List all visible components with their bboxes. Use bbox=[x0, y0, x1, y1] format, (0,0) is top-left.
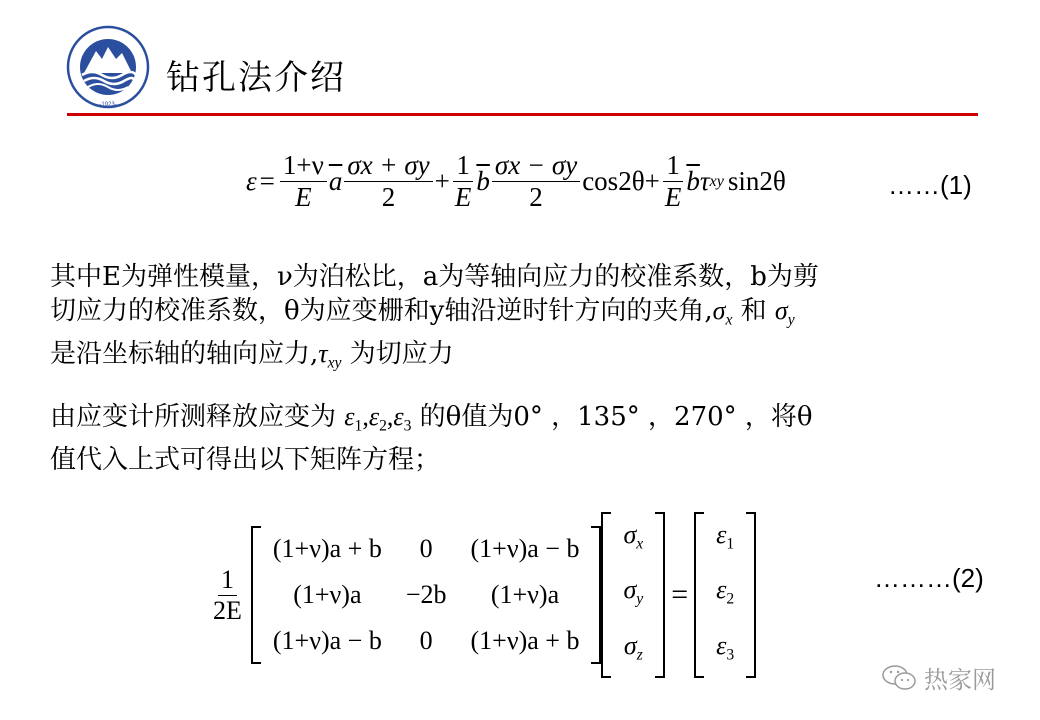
epsilon: ε bbox=[716, 520, 726, 549]
sub: y bbox=[788, 311, 795, 328]
text: 的θ值为0° ，135° ，270° ，将θ bbox=[411, 402, 812, 432]
frac-den: E bbox=[292, 182, 315, 213]
vector-cell: ε2 bbox=[704, 567, 746, 622]
eq1-coef-a: a bbox=[329, 166, 343, 197]
page-title: 钻孔法介绍 bbox=[166, 50, 346, 99]
sigma-x: σ bbox=[713, 296, 726, 325]
epsilon: ε bbox=[716, 575, 726, 604]
frac-num: σx − σy bbox=[492, 150, 580, 182]
title-divider bbox=[67, 113, 978, 116]
university-seal-icon: -1923- bbox=[66, 25, 150, 109]
eq1-frac-1: 1+ν E bbox=[280, 150, 327, 213]
paragraph-definitions: 其中E为弹性模量，ν为泊松比，a为等轴向应力的校准系数，b为剪 切应力的校准系数… bbox=[50, 260, 819, 381]
frac-num: 1 bbox=[453, 150, 473, 182]
eq1-cos: cos2θ bbox=[582, 166, 644, 197]
matrix-row: (1+ν)a −2b (1+ν)a bbox=[261, 572, 592, 618]
paragraph-strain: 由应变计所测释放应变为 ε1,ε2,ε3 的θ值为0° ，135° ，270° … bbox=[50, 400, 813, 477]
vector-cell: ε1 bbox=[704, 512, 746, 567]
sub: 2 bbox=[379, 417, 387, 434]
watermark-text: 热家网 bbox=[924, 660, 996, 695]
frac-num: 1 bbox=[218, 565, 237, 596]
sub: z bbox=[637, 646, 643, 663]
eq1-plus: + bbox=[435, 166, 450, 197]
eq1-equals: = bbox=[260, 166, 275, 197]
text: 是沿坐标轴的轴向应力, bbox=[50, 339, 318, 369]
sub: x bbox=[636, 535, 643, 552]
sub: y bbox=[636, 591, 643, 608]
equation-1-label: ……(1) bbox=[888, 170, 972, 201]
frac-num: 1 bbox=[663, 150, 683, 182]
equation-2: 1 2E (1+ν)a + b 0 (1+ν)a − b (1+ν)a −2b … bbox=[208, 512, 756, 678]
eq1-frac-5: 1 E bbox=[662, 150, 685, 213]
eq1-sin: sin2θ bbox=[728, 166, 786, 197]
stress-vector: σx σy σz bbox=[601, 512, 665, 678]
vector-cell: σy bbox=[611, 567, 655, 622]
vector-cell: ε3 bbox=[704, 623, 746, 678]
para1-line1: 其中E为弹性模量，ν为泊松比，a为等轴向应力的校准系数，b为剪 bbox=[50, 260, 819, 294]
epsilon: ε bbox=[369, 402, 379, 431]
para1-line2: 切应力的校准系数，θ为应变栅和y轴沿逆时针方向的夹角,σx 和 σy bbox=[50, 294, 819, 337]
sigma: σ bbox=[624, 631, 637, 660]
eq1-frac-4: σx − σy 2 bbox=[492, 150, 580, 213]
eq1-frac-3: 1 E bbox=[452, 150, 475, 213]
epsilon: ε bbox=[716, 631, 726, 660]
vector-cell: σx bbox=[611, 512, 655, 567]
eq1-plus: + bbox=[645, 166, 660, 197]
sub: 3 bbox=[726, 646, 734, 663]
sigma-y: σ bbox=[775, 296, 788, 325]
matrix-cell: −2b bbox=[394, 572, 459, 618]
sigma: σ bbox=[623, 520, 636, 549]
epsilon: ε bbox=[344, 402, 354, 431]
frac-den: 2 bbox=[526, 182, 546, 213]
equation-2-label: ………(2) bbox=[874, 563, 984, 594]
para2-line2: 值代入上式可得出以下矩阵方程； bbox=[50, 443, 813, 477]
matrix-cell: (1+ν)a bbox=[459, 572, 592, 618]
matrix-cell: 0 bbox=[394, 618, 459, 664]
sub: 1 bbox=[726, 535, 734, 552]
coefficient-matrix: (1+ν)a + b 0 (1+ν)a − b (1+ν)a −2b (1+ν)… bbox=[251, 526, 602, 664]
matrix-row: (1+ν)a + b 0 (1+ν)a − b bbox=[261, 526, 592, 572]
matrix-row: (1+ν)a − b 0 (1+ν)a + b bbox=[261, 618, 592, 664]
eq2-prefactor: 1 2E bbox=[210, 565, 245, 626]
text: 由应变计所测释放应变为 bbox=[50, 402, 344, 432]
para1-line3: 是沿坐标轴的轴向应力,τxy 为切应力 bbox=[50, 337, 819, 380]
matrix-cell: (1+ν)a + b bbox=[261, 526, 394, 572]
frac-num: 1+ν bbox=[280, 150, 327, 182]
sub: 2 bbox=[726, 591, 734, 608]
eq1-tau: τ bbox=[700, 166, 710, 197]
matrix-cell: (1+ν)a bbox=[261, 572, 394, 618]
tau: τ bbox=[318, 339, 327, 368]
vector-cell: σz bbox=[611, 623, 655, 678]
watermark: 热家网 bbox=[880, 660, 996, 695]
eq1-tau-sub: xy bbox=[710, 172, 724, 191]
wechat-icon bbox=[880, 663, 920, 693]
text: 和 bbox=[732, 296, 775, 326]
eq1-coef-b: b bbox=[476, 166, 490, 197]
epsilon: ε bbox=[393, 402, 403, 431]
sub: xy bbox=[328, 355, 342, 372]
frac-num: σx + σy bbox=[344, 150, 432, 182]
sigma: σ bbox=[623, 575, 636, 604]
eq1-coef-b: b bbox=[686, 166, 700, 197]
frac-den: 2 bbox=[379, 182, 399, 213]
text: 为切应力 bbox=[341, 339, 453, 369]
matrix-cell: 0 bbox=[394, 526, 459, 572]
matrix-cell: (1+ν)a + b bbox=[459, 618, 592, 664]
frac-den: E bbox=[452, 182, 475, 213]
eq1-lhs: ε bbox=[246, 166, 257, 197]
frac-den: E bbox=[662, 182, 685, 213]
equation-1: ε = 1+ν E a σx + σy 2 + 1 E b σx − σy 2 … bbox=[246, 150, 786, 213]
eq1-frac-2: σx + σy 2 bbox=[344, 150, 432, 213]
eq2-equals: = bbox=[671, 578, 688, 612]
matrix-cell: (1+ν)a − b bbox=[459, 526, 592, 572]
strain-vector: ε1 ε2 ε3 bbox=[694, 512, 756, 678]
university-logo: -1923- bbox=[66, 25, 150, 109]
text: 切应力的校准系数，θ为应变栅和y轴沿逆时针方向的夹角, bbox=[50, 296, 713, 326]
svg-text:-1923-: -1923- bbox=[99, 102, 116, 108]
frac-den: 2E bbox=[210, 596, 245, 626]
para2-line1: 由应变计所测释放应变为 ε1,ε2,ε3 的θ值为0° ，135° ，270° … bbox=[50, 400, 813, 443]
matrix-cell: (1+ν)a − b bbox=[261, 618, 394, 664]
